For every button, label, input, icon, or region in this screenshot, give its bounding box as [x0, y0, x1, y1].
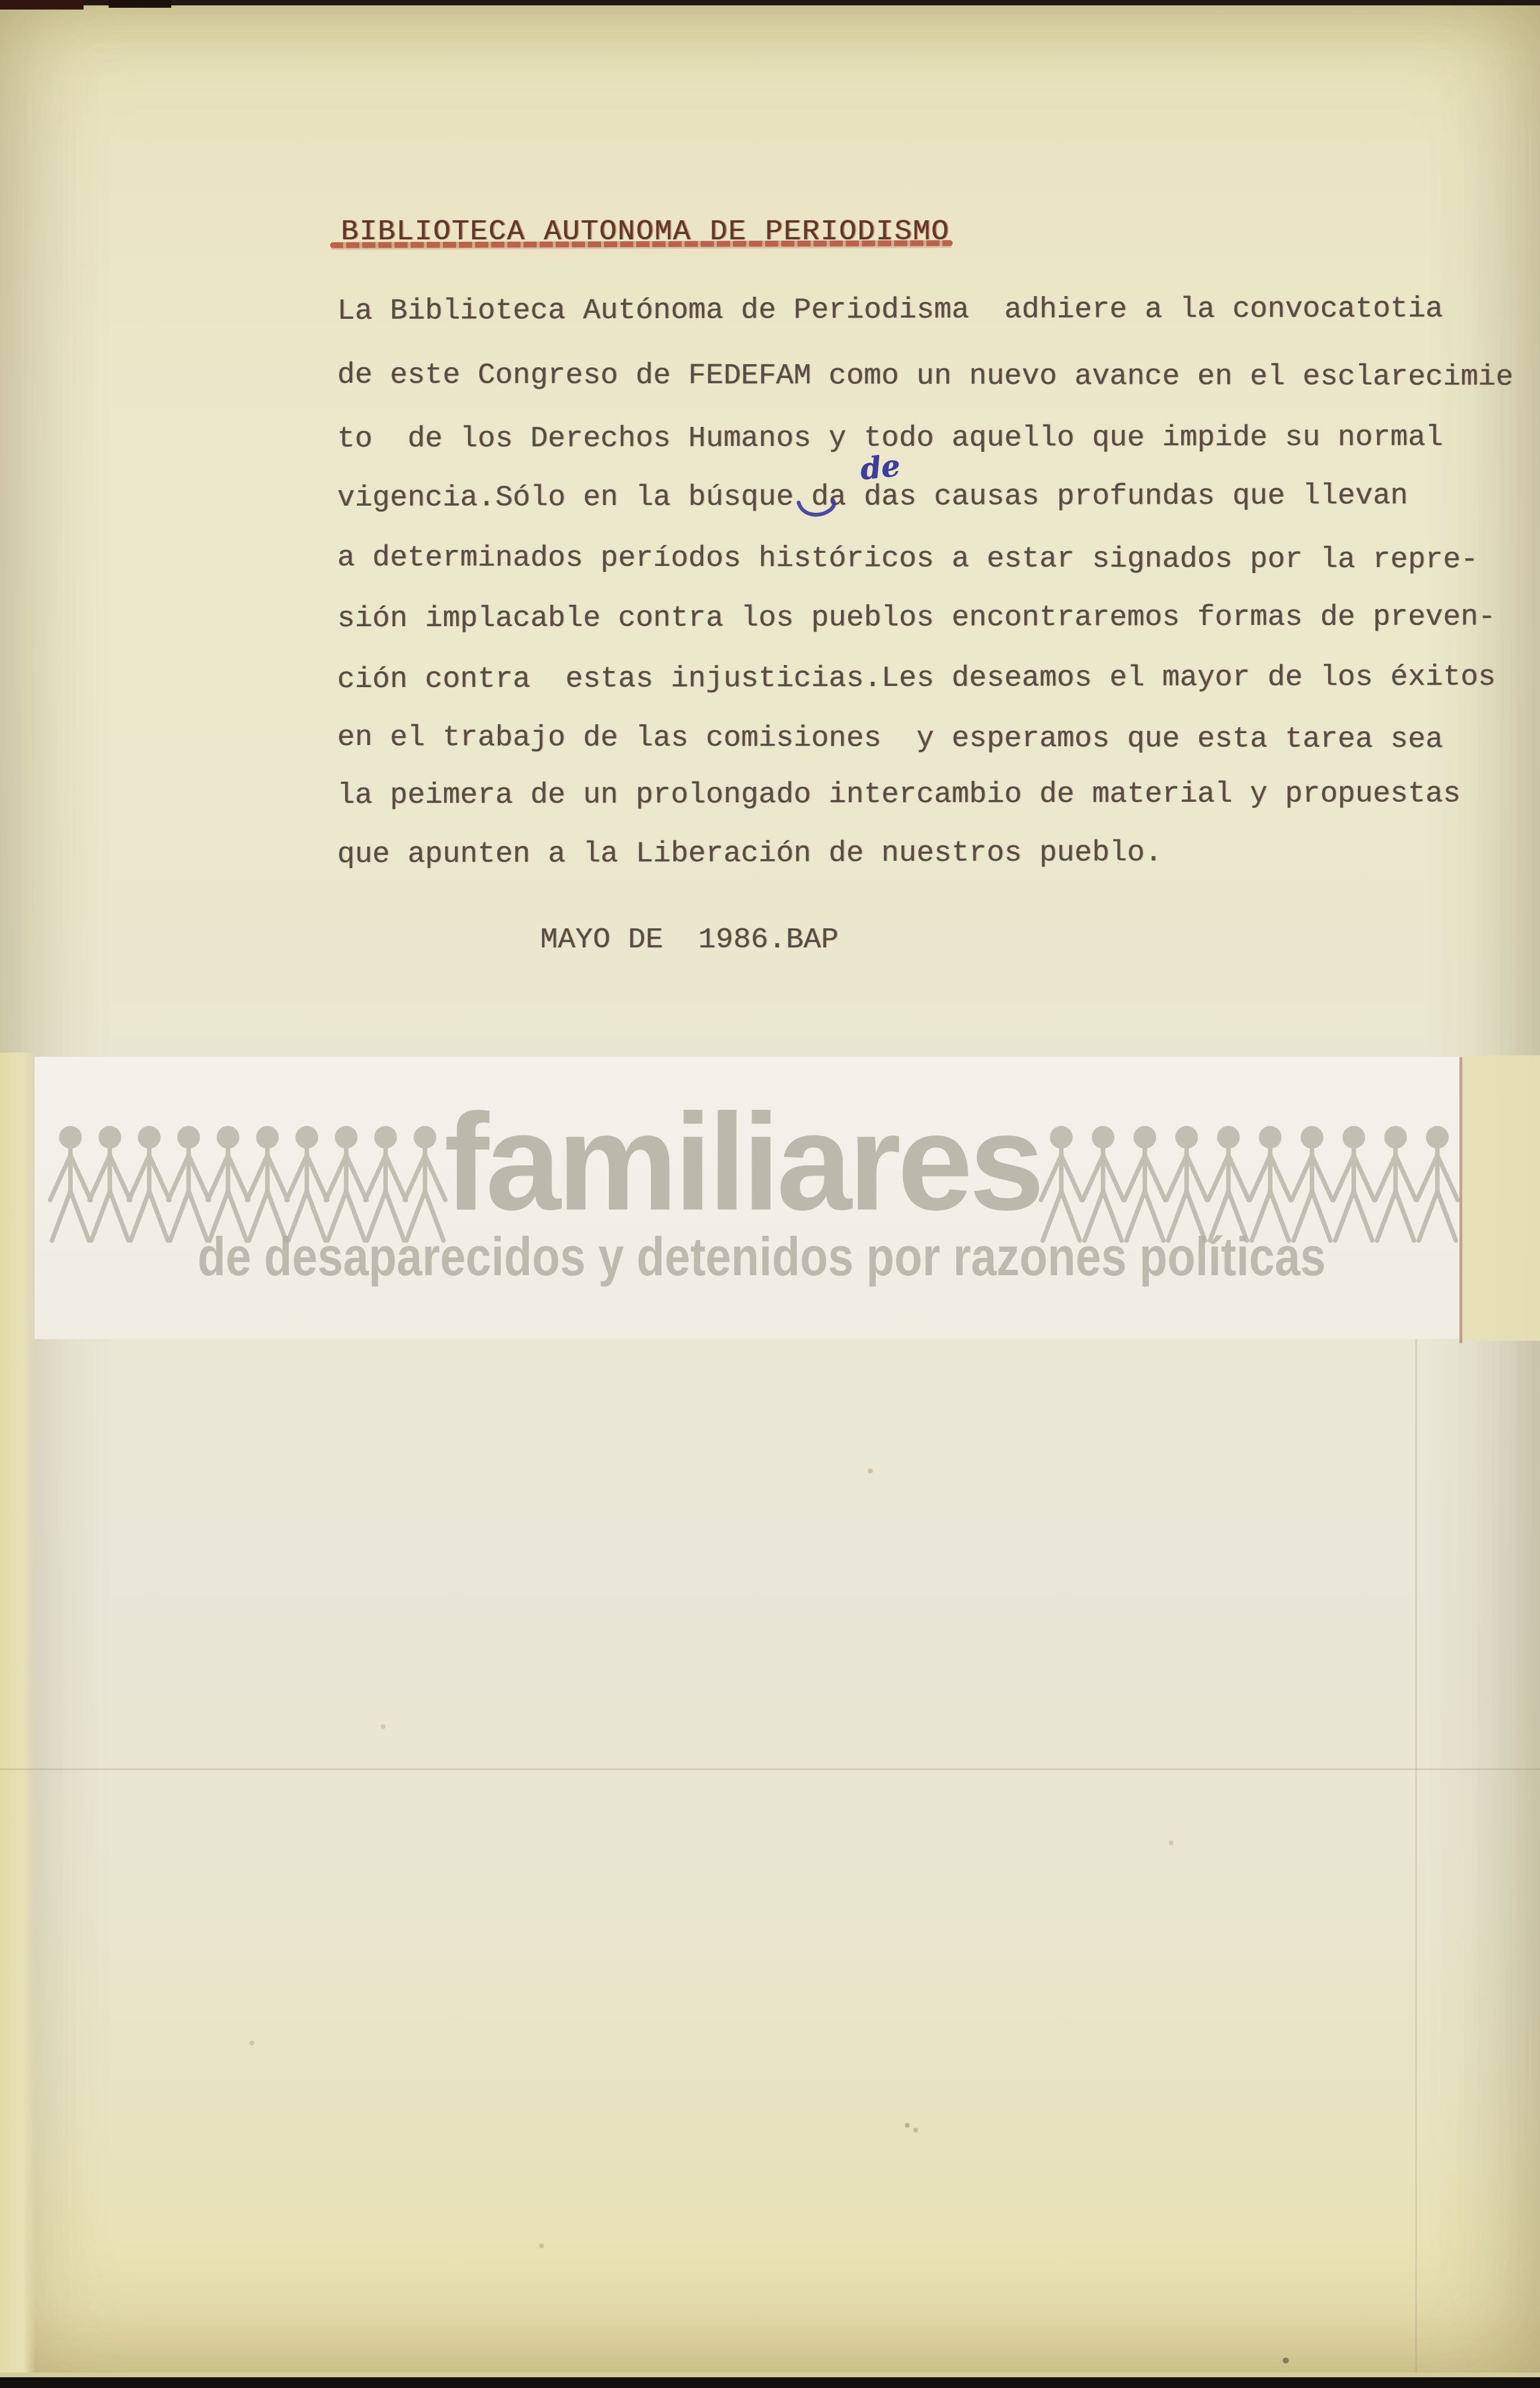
typed-line: de este Congreso de FEDEFAM como un nuev… — [337, 361, 1513, 392]
paper-left-yellow-strip — [0, 1053, 36, 2388]
date-line: MAYO DE 1986.BAP — [540, 925, 839, 955]
watermark-graphic: familiares de desaparecidos y detenidos … — [35, 1057, 1462, 1339]
fold-crease-vertical-band — [1459, 1057, 1462, 1343]
paper-right-yellow-strip — [1464, 1055, 1540, 1341]
fold-crease-horizontal — [0, 1768, 1540, 1770]
paper-doll-chain-icon — [1041, 1126, 1458, 1241]
paper-speck — [0, 0, 2, 2]
typed-line: vigencia.Sólo en la búsque da das causas… — [337, 481, 1408, 513]
handwritten-insertion-text: de — [859, 451, 902, 485]
fold-crease-vertical — [1415, 1339, 1417, 2374]
typed-line: sión implacable contra los pueblos encon… — [337, 602, 1496, 633]
scanned-document-page: { "page": { "kind": "scanned typewritten… — [0, 0, 1540, 2388]
typed-line: que apunten a la Liberación de nuestros … — [337, 838, 1162, 869]
typed-line: a determinados períodos históricos a est… — [337, 543, 1478, 574]
typed-line: la peimera de un prolongado intercambio … — [337, 779, 1461, 810]
scan-bottom-edge — [0, 2377, 1540, 2388]
scan-bottom-edge-highlight — [0, 2372, 1540, 2377]
watermark-brand-text: familiares — [444, 1085, 1041, 1239]
watermark-band: familiares de desaparecidos y detenidos … — [35, 1057, 1462, 1339]
typed-line: en el trabajo de las comisiones y espera… — [337, 723, 1443, 754]
scan-top-edge-mark — [109, 0, 171, 8]
insertion-caret-mark — [796, 497, 840, 524]
paper-doll-chain-icon — [50, 1126, 445, 1241]
scan-top-edge-mark — [0, 0, 84, 10]
watermark-subtitle-text: de desaparecidos y detenidos por razones… — [198, 1227, 1326, 1287]
scan-top-edge — [0, 0, 1540, 5]
typed-line: La Biblioteca Autónoma de Periodisma adh… — [337, 294, 1443, 326]
typed-line: ción contra estas injusticias.Les deseam… — [337, 663, 1496, 694]
